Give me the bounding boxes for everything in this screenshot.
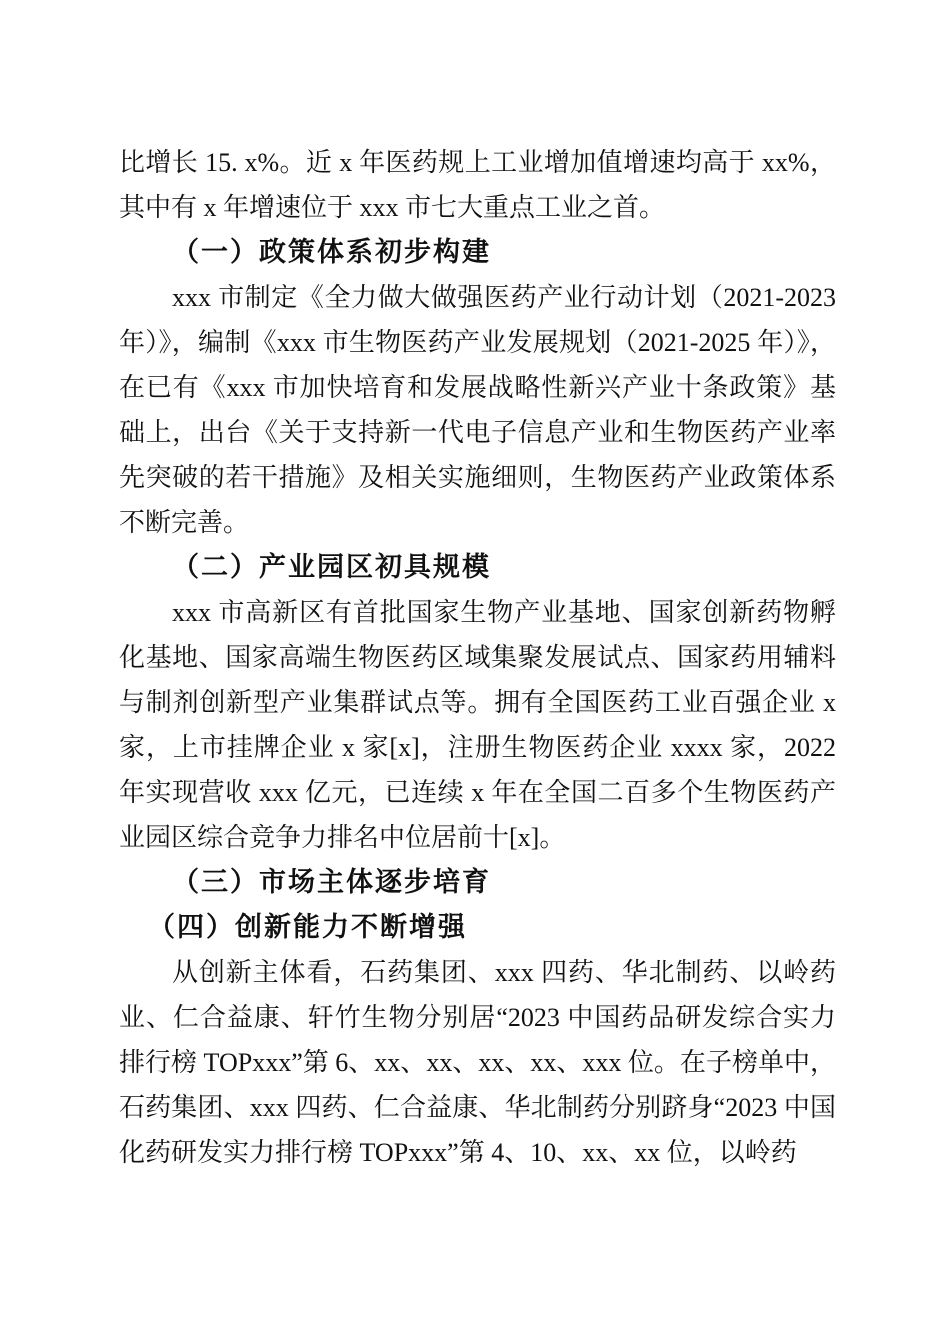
document-page: 比增长 15. x%。近 x 年医药规上工业增加值增速均高于 xx%，其中有 x…	[0, 0, 950, 1344]
paragraph-continued-from-previous-page: 比增长 15. x%。近 x 年医药规上工业增加值增速均高于 xx%，其中有 x…	[119, 140, 836, 230]
paragraph-innovation-capability: 从创新主体看，石药集团、xxx 四药、华北制药、以岭药业、仁合益康、轩竹生物分别…	[119, 950, 836, 1175]
paragraph-policy-system: xxx 市制定《全力做大做强医药产业行动计划（2021-2023 年）》，编制《…	[119, 275, 836, 545]
text-column: 比增长 15. x%。近 x 年医药规上工业增加值增速均高于 xx%，其中有 x…	[119, 140, 836, 1175]
section-heading-2: （二）产业园区初具规模	[119, 545, 836, 590]
section-heading-4: （四）创新能力不断增强	[119, 905, 836, 950]
section-heading-1: （一）政策体系初步构建	[119, 230, 836, 275]
paragraph-industrial-park: xxx 市高新区有首批国家生物产业基地、国家创新药物孵化基地、国家高端生物医药区…	[119, 590, 836, 860]
section-heading-3: （三）市场主体逐步培育	[119, 860, 836, 905]
